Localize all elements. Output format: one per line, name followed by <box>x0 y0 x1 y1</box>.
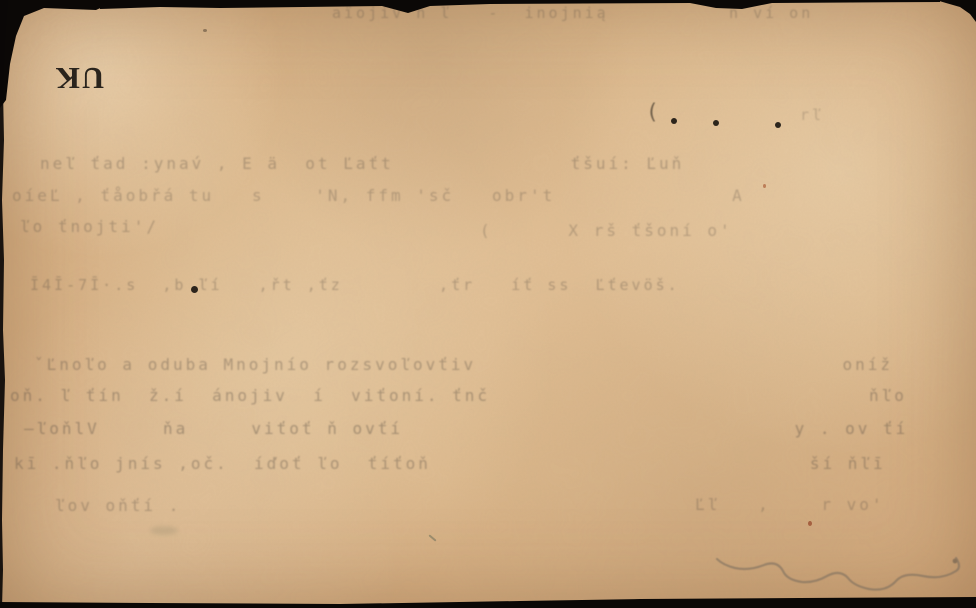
paper-speck <box>203 29 207 32</box>
bleedthrough-line-e-right: ( X rš ťšoní o' <box>480 221 733 240</box>
signature-mark <box>698 532 970 602</box>
bleedthrough-line-c: neľ ťad :ynav́ , E ä ot Ľaťt ťšuí: Ľuň <box>40 154 684 173</box>
bleedthrough-line-j: kī .ňľo jnís ,oč. íďoť ľo ťíťoň ší ňľī <box>14 454 886 473</box>
ink-dot <box>775 122 781 128</box>
paren-mark: ( <box>646 100 659 124</box>
paper-smudge <box>150 526 178 535</box>
bleedthrough-line-g: ˇĽnoľo a oduba Mnojnío rozsvoľovťiv oníž <box>34 355 893 374</box>
paper-speck <box>763 184 766 188</box>
ink-dot <box>191 286 198 293</box>
bleedthrough-line-i: –ľoňlV ňa viťoť ň ovťí y . ov ťí <box>24 419 908 438</box>
paper-background <box>0 0 976 608</box>
bleedthrough-line-d: oíeĽ , ťåobřá tu s 'N, ffm 'sč obr't A <box>12 186 745 205</box>
bleedthrough-line-k-right: Ľľ , r vo' <box>695 495 885 514</box>
uk-stamp: UK <box>48 56 110 98</box>
paper-speck <box>808 521 812 526</box>
ink-dot <box>713 120 719 126</box>
bleedthrough-line-e-left: ľo ťnojti'/ <box>20 217 159 236</box>
bleedthrough-line-paren-tail: rľ <box>800 106 824 124</box>
scanned-card: UK aïojiv n ľ - inojnią n ví on rľ neľ ť… <box>0 0 976 608</box>
bleedthrough-line-h: oň. ľ ťín ž.í ánojiv í viťoní. ťnč ňľo <box>10 386 907 405</box>
bleedthrough-line-k-left: ľov oňťí . <box>55 496 181 515</box>
ink-dot <box>671 118 677 124</box>
bleedthrough-line-f: Ī4Ī-7Ī·.s ,b ľí ,řt ,ťz ,ťr íť ss Ľťevöš… <box>30 276 680 294</box>
